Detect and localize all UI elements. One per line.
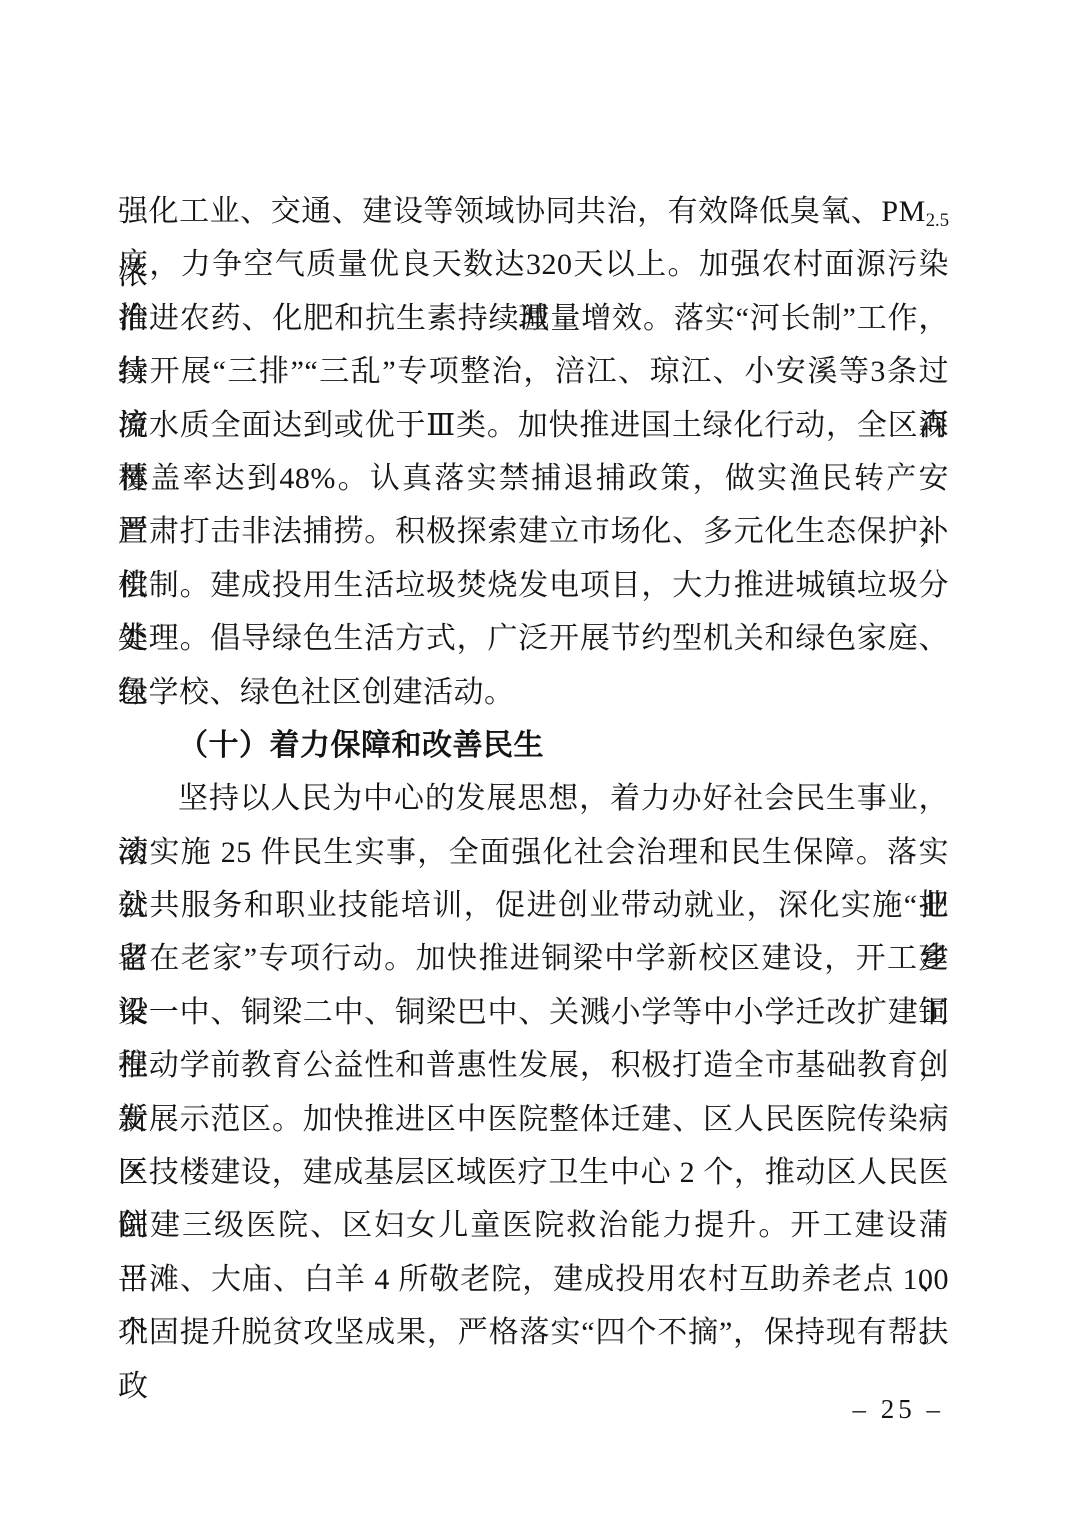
text-line: 平滩、大庙、白羊 4 所敬老院，建成投用农村互助养老点 100 个。 — [118, 1253, 949, 1306]
text-line: 巩固提升脱贫攻坚成果，严格落实“四个不摘”，保持现有帮扶政 — [118, 1306, 949, 1359]
text-line: 续开展“三排”“三乱”专项整治，涪江、琼江、小安溪等3条过境河 — [118, 345, 949, 398]
text-line: 处理。倡导绿色生活方式，广泛开展节约型机关和绿色家庭、绿 — [118, 612, 949, 665]
text-line: 发展示范区。加快推进区中医院整体迁建、区人民医院传染病区 — [118, 1093, 949, 1146]
text-line: 创建三级医院、区妇女儿童医院救治能力提升。开工建设蒲吕、 — [118, 1199, 949, 1252]
text-line: 梁一中、铜梁二中、铜梁巴中、关溅小学等中小学迁改扩建工程， — [118, 986, 949, 1039]
text-line: 强化工业、交通、建设等领域协同共治，有效降低臭氧、PM2.5浓 — [118, 185, 949, 238]
section-heading: （十）着力保障和改善民生 — [118, 719, 949, 772]
text-line: 推动学前教育公益性和普惠性发展，积极打造全市基础教育创新 — [118, 1039, 949, 1092]
text-line: 机制。建成投用生活垃圾焚烧发电项目，大力推进城镇垃圾分类 — [118, 559, 949, 612]
text-line: 色学校、绿色社区创建活动。 — [118, 666, 949, 719]
text-line: 度，力争空气质量优良天数达320天以上。加强农村面源污染治理， — [118, 238, 949, 291]
document-page: 强化工业、交通、建设等领域协同共治，有效降低臭氧、PM2.5浓 度，力争空气质量… — [0, 0, 1074, 1520]
text-line: 覆盖率达到48%。认真落实禁捕退捕政策，做实渔民转产安置， — [118, 452, 949, 505]
text-line: 严肃打击非法捕捞。积极探索建立市场化、多元化生态保护补偿 — [118, 505, 949, 558]
text-line: 推进农药、化肥和抗生素持续减量增效。落实“河长制”工作，持 — [118, 292, 949, 345]
paragraph-first-line: 坚持以人民为中心的发展思想，着力办好社会民生事业，滚 — [118, 772, 949, 825]
pm25-subscript: 2.5 — [926, 210, 949, 231]
text-line: 流水质全面达到或优于Ⅲ类。加快推进国土绿化行动，全区森林 — [118, 399, 949, 452]
document-body: 强化工业、交通、建设等领域协同共治，有效降低臭氧、PM2.5浓 度，力争空气质量… — [118, 185, 949, 1360]
text-line: 动实施 25 件民生实事，全面强化社会治理和民生保障。落实就业 — [118, 826, 949, 879]
line-text-pre: 强化工业、交通、建设等领域协同共治，有效降低臭氧、PM — [118, 195, 926, 228]
text-line: 公共服务和职业技能培训，促进创业带动就业，深化实施“把老乡 — [118, 879, 949, 932]
text-line: 医技楼建设，建成基层区域医疗卫生中心 2 个，推动区人民医院 — [118, 1146, 949, 1199]
page-number: – 25 – — [853, 1394, 945, 1425]
text-line: 留在老家”专项行动。加快推进铜梁中学新校区建设，开工建设铜 — [118, 932, 949, 985]
